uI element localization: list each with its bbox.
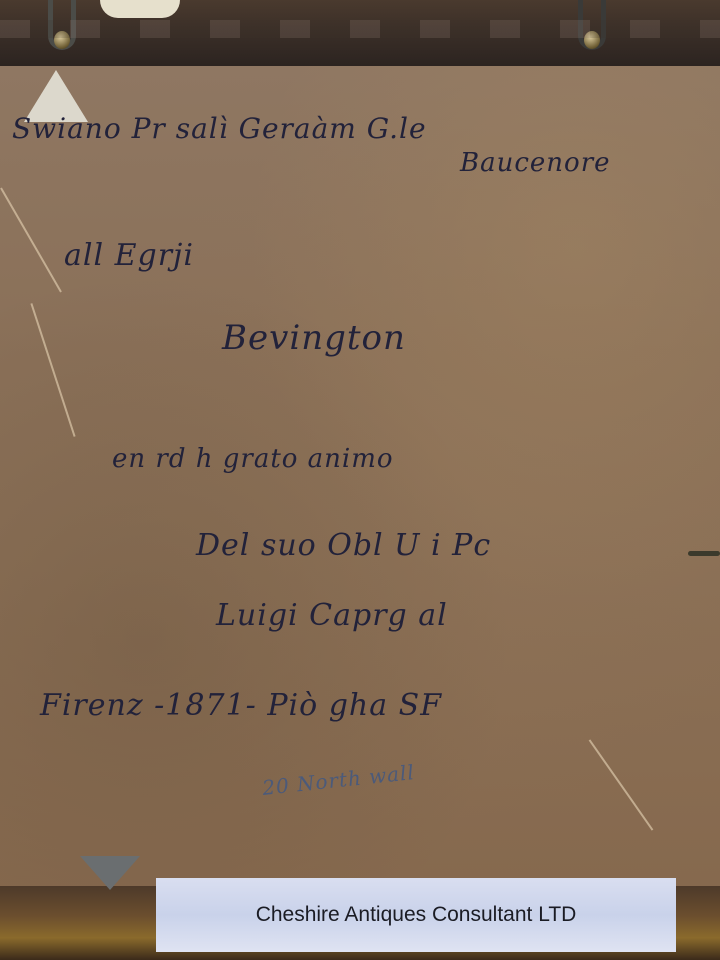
inscription-line-2: Baucenore [460, 148, 611, 178]
watermark-label: Cheshire Antiques Consultant LTD [156, 878, 676, 952]
frame-top-rail [0, 0, 720, 69]
hanging-hook-left [48, 0, 76, 50]
hanging-hook-right [578, 0, 606, 50]
inscription-line-8: Firenz -1871- Piò gha SF [40, 688, 442, 723]
inscription-line-7: Luigi Caprg al [216, 598, 448, 633]
corner-tab-bottom [80, 856, 140, 890]
bolt-icon [584, 31, 600, 49]
inscription-line-4: Bevington [222, 318, 406, 358]
inscription-line-6: Del suo Obl U i Pc [196, 528, 491, 563]
inscription-line-1: Swiano Pr salì Geraàm G.le [12, 112, 427, 145]
inscription-line-5: en rd h grato animo [112, 444, 394, 474]
hanging-cord [100, 0, 180, 18]
bolt-icon [54, 31, 70, 49]
label-text: Cheshire Antiques Consultant LTD [256, 903, 577, 927]
frame-nail [688, 551, 720, 556]
paper-backing [0, 66, 720, 886]
inscription-line-3: all Egrji [64, 238, 194, 273]
